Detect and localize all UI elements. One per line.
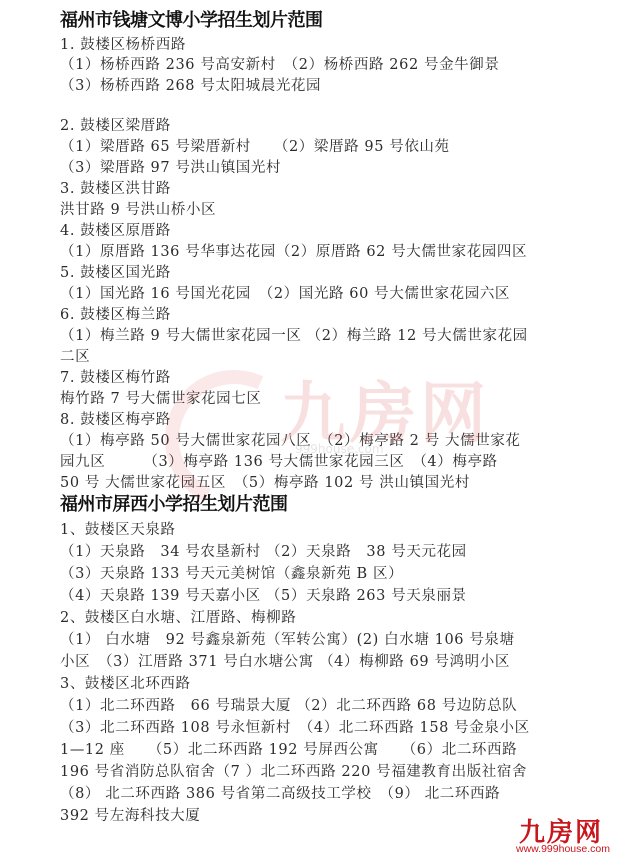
section2-line: 196 号省消防总队宿舍（7 ）北二环西路 220 号福建教育出版社宿舍	[60, 760, 527, 781]
section1-line: 50 号 大儒世家花园五区 （5）梅亭路 102 号 洪山镇国光村	[60, 471, 470, 492]
section2-line: （4）天泉路 139 号天嘉小区 （5）天泉路 263 号天泉丽景	[60, 584, 467, 605]
section1-line: （1）原厝路 136 号华事达花园（2）原厝路 62 号大儒世家花园四区	[60, 240, 527, 261]
section1-line: 8. 鼓楼区梅亭路	[60, 408, 171, 429]
section2-line: 3、鼓楼区北环西路	[60, 672, 191, 693]
site-logo: 九房网 www.999house.com	[515, 812, 625, 859]
section1-line: 梅竹路 7 号大儒世家花园七区	[60, 387, 261, 408]
section2-line: 392 号左海科技大厦	[60, 804, 200, 825]
section-title-qiantang-wenbo: 福州市钱塘文博小学招生划片范围	[60, 6, 323, 32]
section2-line: （1）北二环西路 66 号瑞景大厦 （2）北二环西路 68 号边防总队	[60, 694, 517, 715]
section1-line: 4. 鼓楼区原厝路	[60, 219, 171, 240]
section1-line: 园九区 （3）梅亭路 136 号大儒世家花园三区 （4）梅亭路	[60, 450, 498, 471]
section1-line: （1）梁厝路 65 号梁厝新村 （2）梁厝路 95 号依山苑	[60, 135, 450, 156]
section1-line: 洪甘路 9 号洪山桥小区	[60, 198, 216, 219]
section2-line: （3）北二环西路 108 号永恒新村 （4）北二环西路 158 号金泉小区	[60, 716, 530, 737]
section2-line: （8） 北二环西路 386 号省第二高级技工学校 （9） 北二环西路	[60, 782, 500, 803]
section1-line: （1）杨桥西路 236 号高安新村 （2）杨桥西路 262 号金牛御景	[60, 53, 500, 74]
section1-line: 5. 鼓楼区国光路	[60, 261, 171, 282]
section2-line: （3）天泉路 133 号天元美树馆（鑫泉新苑 B 区）	[60, 562, 403, 583]
section1-line: （1）梅兰路 9 号大儒世家花园一区 （2）梅兰路 12 号大儒世家花园	[60, 324, 528, 345]
section2-line: （1） 白水塘 92 号鑫泉新苑（军转公寓）(2) 白水塘 106 号泉塘	[60, 628, 515, 649]
section2-line: 2、鼓楼区白水塘、江厝路、梅柳路	[60, 606, 296, 627]
section2-line: 小区 （3）江厝路 371 号白水塘公寓 （4）梅柳路 69 号鸿明小区	[60, 650, 510, 671]
section1-line: 2. 鼓楼区梁厝路	[60, 114, 171, 135]
section1-line: （1）梅亭路 50 号大儒世家花园八区 （2）梅亭路 2 号 大儒世家花	[60, 429, 521, 450]
logo-url: www.999house.com	[516, 843, 610, 855]
section2-line: 1—12 座 （5）北二环西路 192 号屏西公寓 （6）北二环西路	[60, 738, 517, 759]
section2-line: （1）天泉路 34 号农垦新村 （2）天泉路 38 号天元花园	[60, 540, 467, 561]
section1-line: 1. 鼓楼区杨桥西路	[60, 33, 186, 54]
section1-line: （3）梁厝路 97 号洪山镇国光村	[60, 156, 281, 177]
section1-line: 7. 鼓楼区梅竹路	[60, 366, 171, 387]
section2-line: 1、鼓楼区天泉路	[60, 518, 176, 539]
section1-line: 二区	[60, 345, 90, 366]
section-title-pingxi: 福州市屏西小学招生划片范围	[60, 490, 288, 516]
section1-line: 3. 鼓楼区洪甘路	[60, 177, 171, 198]
section1-line: （3）杨桥西路 268 号太阳城晨光花园	[60, 74, 321, 95]
section1-line: （1）国光路 16 号国光花园 （2）国光路 60 号大儒世家花园六区	[60, 282, 510, 303]
section1-line: 6. 鼓楼区梅兰路	[60, 303, 171, 324]
